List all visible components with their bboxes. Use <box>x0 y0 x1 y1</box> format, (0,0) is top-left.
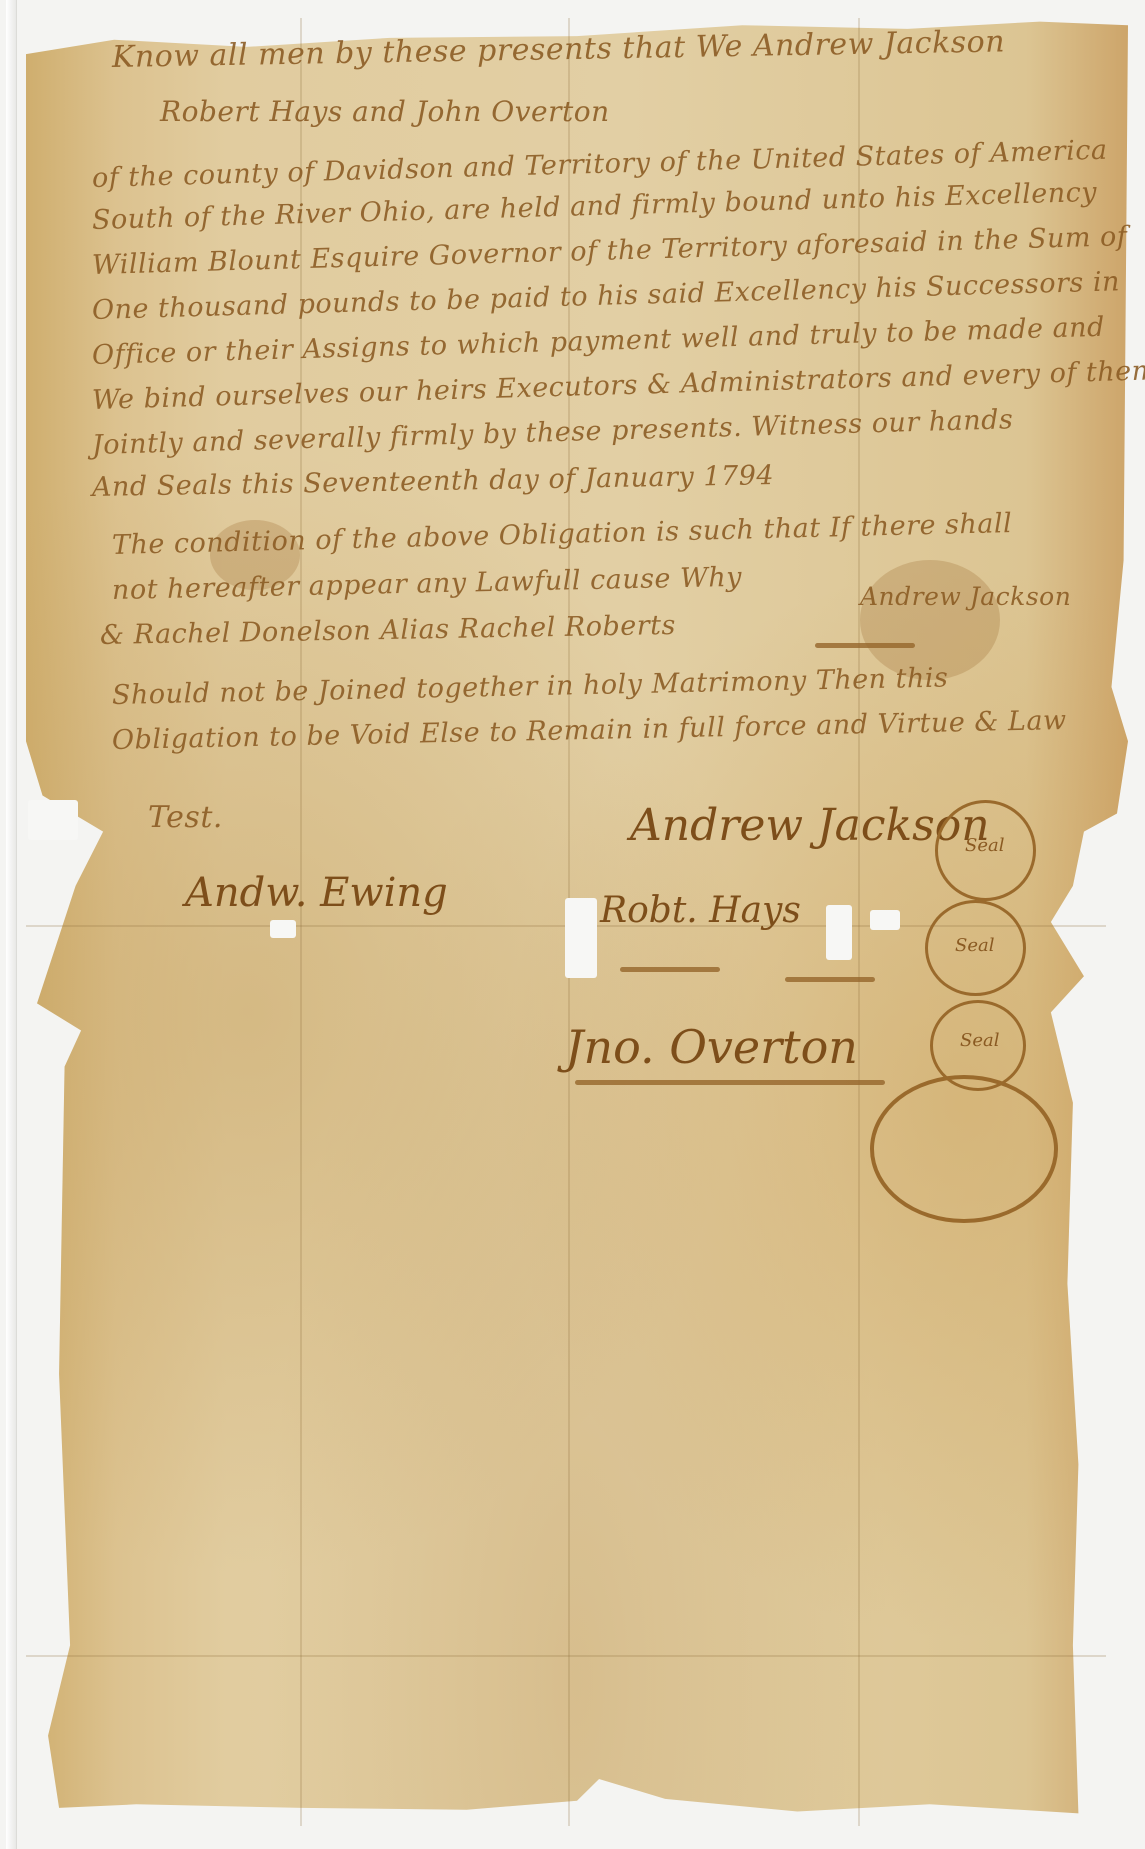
ink-stroke <box>575 1080 885 1085</box>
paper-hole <box>28 800 78 840</box>
witness-signature: Andw. Ewing <box>185 870 448 916</box>
paper-hole <box>870 910 900 930</box>
paper-hole <box>565 898 597 978</box>
body-line: Robert Hays and John Overton <box>160 95 610 128</box>
ink-stroke <box>620 967 720 972</box>
fold-line <box>26 1655 1106 1657</box>
seal-label: Seal <box>965 835 1004 856</box>
condition-name: Andrew Jackson <box>860 582 1071 611</box>
mount-edge <box>6 0 17 1849</box>
witness-label: Test. <box>148 800 223 835</box>
signature-robert-hays: Robt. Hays <box>600 890 801 931</box>
seal-label: Seal <box>955 935 994 956</box>
paper-hole <box>826 905 852 960</box>
seal-label: Seal <box>960 1030 999 1051</box>
ink-stroke <box>815 643 915 648</box>
seal-flourish <box>870 1075 1058 1223</box>
signature-john-overton: Jno. Overton <box>565 1020 858 1074</box>
paper-hole <box>270 920 296 938</box>
ink-stroke <box>785 977 875 982</box>
